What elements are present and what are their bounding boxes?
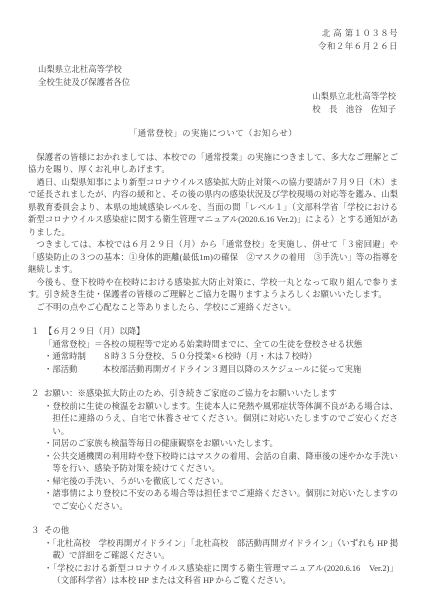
section-line: ・「学校における新型コロナウイルス感染症に関する衛生管理マニュアル(2020.6… xyxy=(44,563,398,588)
section-heading: 【６月２９日（月）以降】 xyxy=(44,326,398,339)
addressee-recipients: 全校生徒及び保護者各位 xyxy=(38,77,398,90)
section-line: ・公共交通機関の利用時や登下校時にはマスクの着用、会話の自粛、降車後の速やかな手… xyxy=(44,451,398,476)
document-header: 北 高 第１０３８号 令和２年６月２６日 xyxy=(28,28,398,53)
body-text: 保護者の皆様におかれましては、本校での「通常授業」の実施につきまして、多大なご理… xyxy=(28,152,398,315)
section-1-head: １ 【６月２９日（月）以降】 xyxy=(28,326,398,339)
section-line: ・「北杜高校 学校再開ガイドライン」「北杜高校 部活動再開ガイドライン」（いずれ… xyxy=(44,538,398,563)
section-heading: お願い：※感染拡大防止のため、引き続きご家庭のご協力をお願いいたします xyxy=(44,388,398,401)
section-line: ・通常時制 ８時３５分登校、５０分授業×６校時（月・木は７校時） xyxy=(44,351,398,364)
section-line: ・登校前に生徒の検温をお願いします。生徒本人に発熱や風邪症状等体調不良がある場合… xyxy=(44,401,398,439)
section-2: ２ お願い：※感染拡大防止のため、引き続きご家庭のご協力をお願いいたします ・登… xyxy=(28,388,398,513)
section-number: ２ xyxy=(28,388,44,401)
section-line: ・同居のご家族も検温等毎日の健康観察をお願いいたします。 xyxy=(44,438,398,451)
section-2-head: ２ お願い：※感染拡大防止のため、引き続きご家庭のご協力をお願いいたします xyxy=(28,388,398,401)
addressee-school: 山梨県立北杜高等学校 xyxy=(38,64,398,77)
addressee-block: 山梨県立北杜高等学校 全校生徒及び保護者各位 xyxy=(28,64,398,89)
sender-block: 山梨県立北杜高等学校 校 長 池谷 佐知子 xyxy=(28,91,398,116)
section-1: １ 【６月２９日（月）以降】 「通常登校」＝各校の規程等で定める始業時間までに、… xyxy=(28,326,398,376)
section-line: ・部活動 本校部活動再開ガイドライン３週目以降のスケジュールに従って実施 xyxy=(44,364,398,377)
section-line: ・諸事情により登校に不安のある場合等は担任までご連絡ください。個別に対応いたしま… xyxy=(44,488,398,513)
paragraph: ご不明の点やご心配なこと等ありましたら、学校にご連絡ください。 xyxy=(28,302,398,315)
paragraph: つきましては、本校では６月２９日（月）から「通常登校」を実施し、併せて「３密回避… xyxy=(28,239,398,277)
section-3: ３ その他 ・「北杜高校 学校再開ガイドライン」「北杜高校 部活動再開ガイドライ… xyxy=(28,525,398,588)
sender-principal: 校 長 池谷 佐知子 xyxy=(28,104,396,117)
doc-number: 北 高 第１０３８号 xyxy=(28,28,398,41)
paragraph: 保護者の皆様におかれましては、本校での「通常授業」の実施につきまして、多大なご理… xyxy=(28,152,398,177)
paragraph: 過日、山梨県知事により新型コロナウイルス感染拡大防止対策への協力要請が７月９日（… xyxy=(28,177,398,240)
sender-school: 山梨県立北杜高等学校 xyxy=(28,91,396,104)
section-2-body: ・登校前に生徒の検温をお願いします。生徒本人に発熱や風邪症状等体調不良がある場合… xyxy=(28,401,398,514)
document-page: 北 高 第１０３８号 令和２年６月２６日 山梨県立北杜高等学校 全校生徒及び保護… xyxy=(0,0,424,600)
section-line: 「通常登校」＝各校の規程等で定める始業時間までに、全ての生徒を登校させる状態 xyxy=(44,339,398,352)
paragraph: 今後も、登下校時や在校時における感染拡大防止対策に、学校一丸となって取り組んで参… xyxy=(28,277,398,302)
section-heading: その他 xyxy=(44,525,398,538)
section-3-body: ・「北杜高校 学校再開ガイドライン」「北杜高校 部活動再開ガイドライン」（いずれ… xyxy=(28,538,398,588)
section-number: １ xyxy=(28,326,44,339)
section-3-head: ３ その他 xyxy=(28,525,398,538)
section-1-body: 「通常登校」＝各校の規程等で定める始業時間までに、全ての生徒を登校させる状態 ・… xyxy=(28,339,398,377)
section-number: ３ xyxy=(28,525,44,538)
doc-date: 令和２年６月２６日 xyxy=(28,41,398,54)
document-title: 「通常登校」の実施について（お知らせ） xyxy=(28,128,398,141)
section-line: ・帰宅後の手洗い、うがいを徹底してください。 xyxy=(44,476,398,489)
